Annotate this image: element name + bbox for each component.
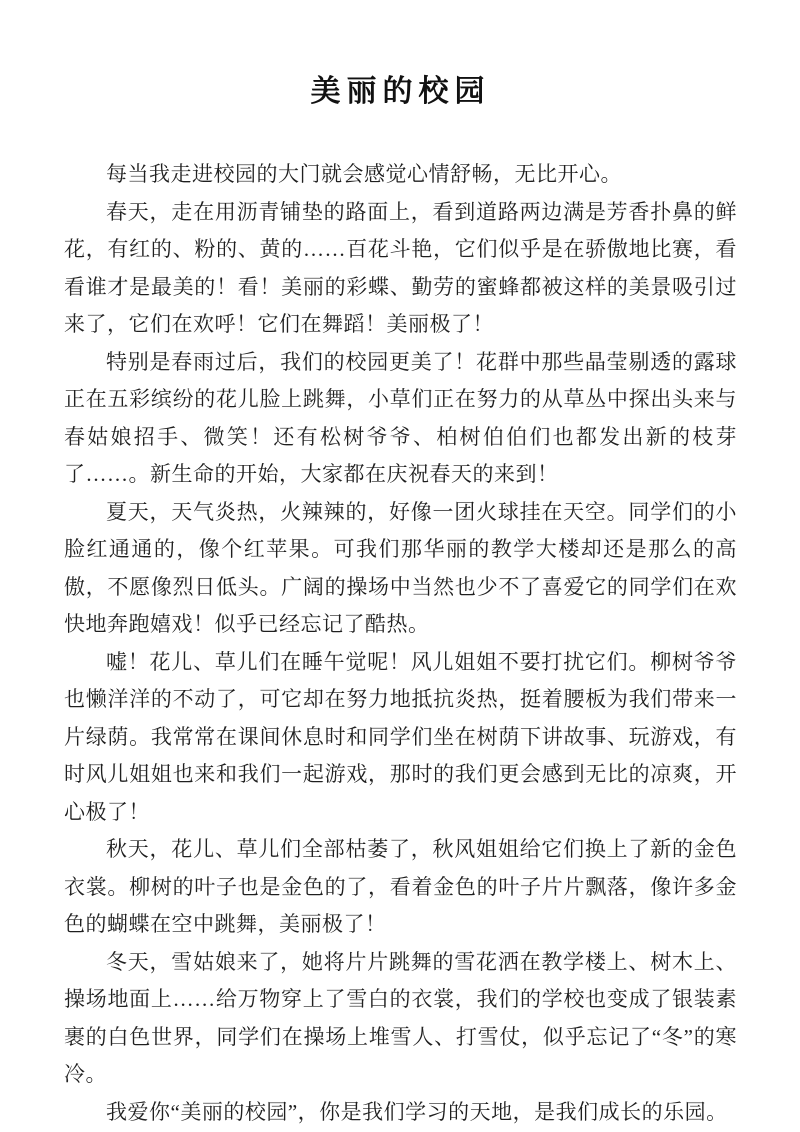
paragraph: 每当我走进校园的大门就会感觉心情舒畅，无比开心。: [64, 156, 737, 194]
paragraph: 春天，走在用沥青铺垫的路面上，看到道路两边满是芳香扑鼻的鲜花，有红的、粉的、黄的…: [64, 194, 737, 344]
paragraph: 特别是春雨过后，我们的校园更美了！花群中那些晶莹剔透的露球正在五彩缤纷的花儿脸上…: [64, 344, 737, 494]
document-title: 美丽的校园: [64, 72, 737, 112]
document-page: 美丽的校园 每当我走进校园的大门就会感觉心情舒畅，无比开心。春天，走在用沥青铺垫…: [0, 0, 800, 1132]
paragraph: 冬天，雪姑娘来了，她将片片跳舞的雪花洒在教学楼上、树木上、操场地面上……给万物穿…: [64, 944, 737, 1094]
paragraph: 夏天，天气炎热，火辣辣的，好像一团火球挂在天空。同学们的小脸红通通的，像个红苹果…: [64, 494, 737, 644]
paragraph: 嘘！花儿、草儿们在睡午觉呢！风儿姐姐不要打扰它们。柳树爷爷也懒洋洋的不动了，可它…: [64, 644, 737, 832]
document-body: 每当我走进校园的大门就会感觉心情舒畅，无比开心。春天，走在用沥青铺垫的路面上，看…: [64, 156, 737, 1131]
paragraph: 我爱你“美丽的校园”，你是我们学习的天地，是我们成长的乐园。: [64, 1094, 737, 1132]
paragraph: 秋天，花儿、草儿们全部枯萎了，秋风姐姐给它们换上了新的金色衣裳。柳树的叶子也是金…: [64, 831, 737, 944]
